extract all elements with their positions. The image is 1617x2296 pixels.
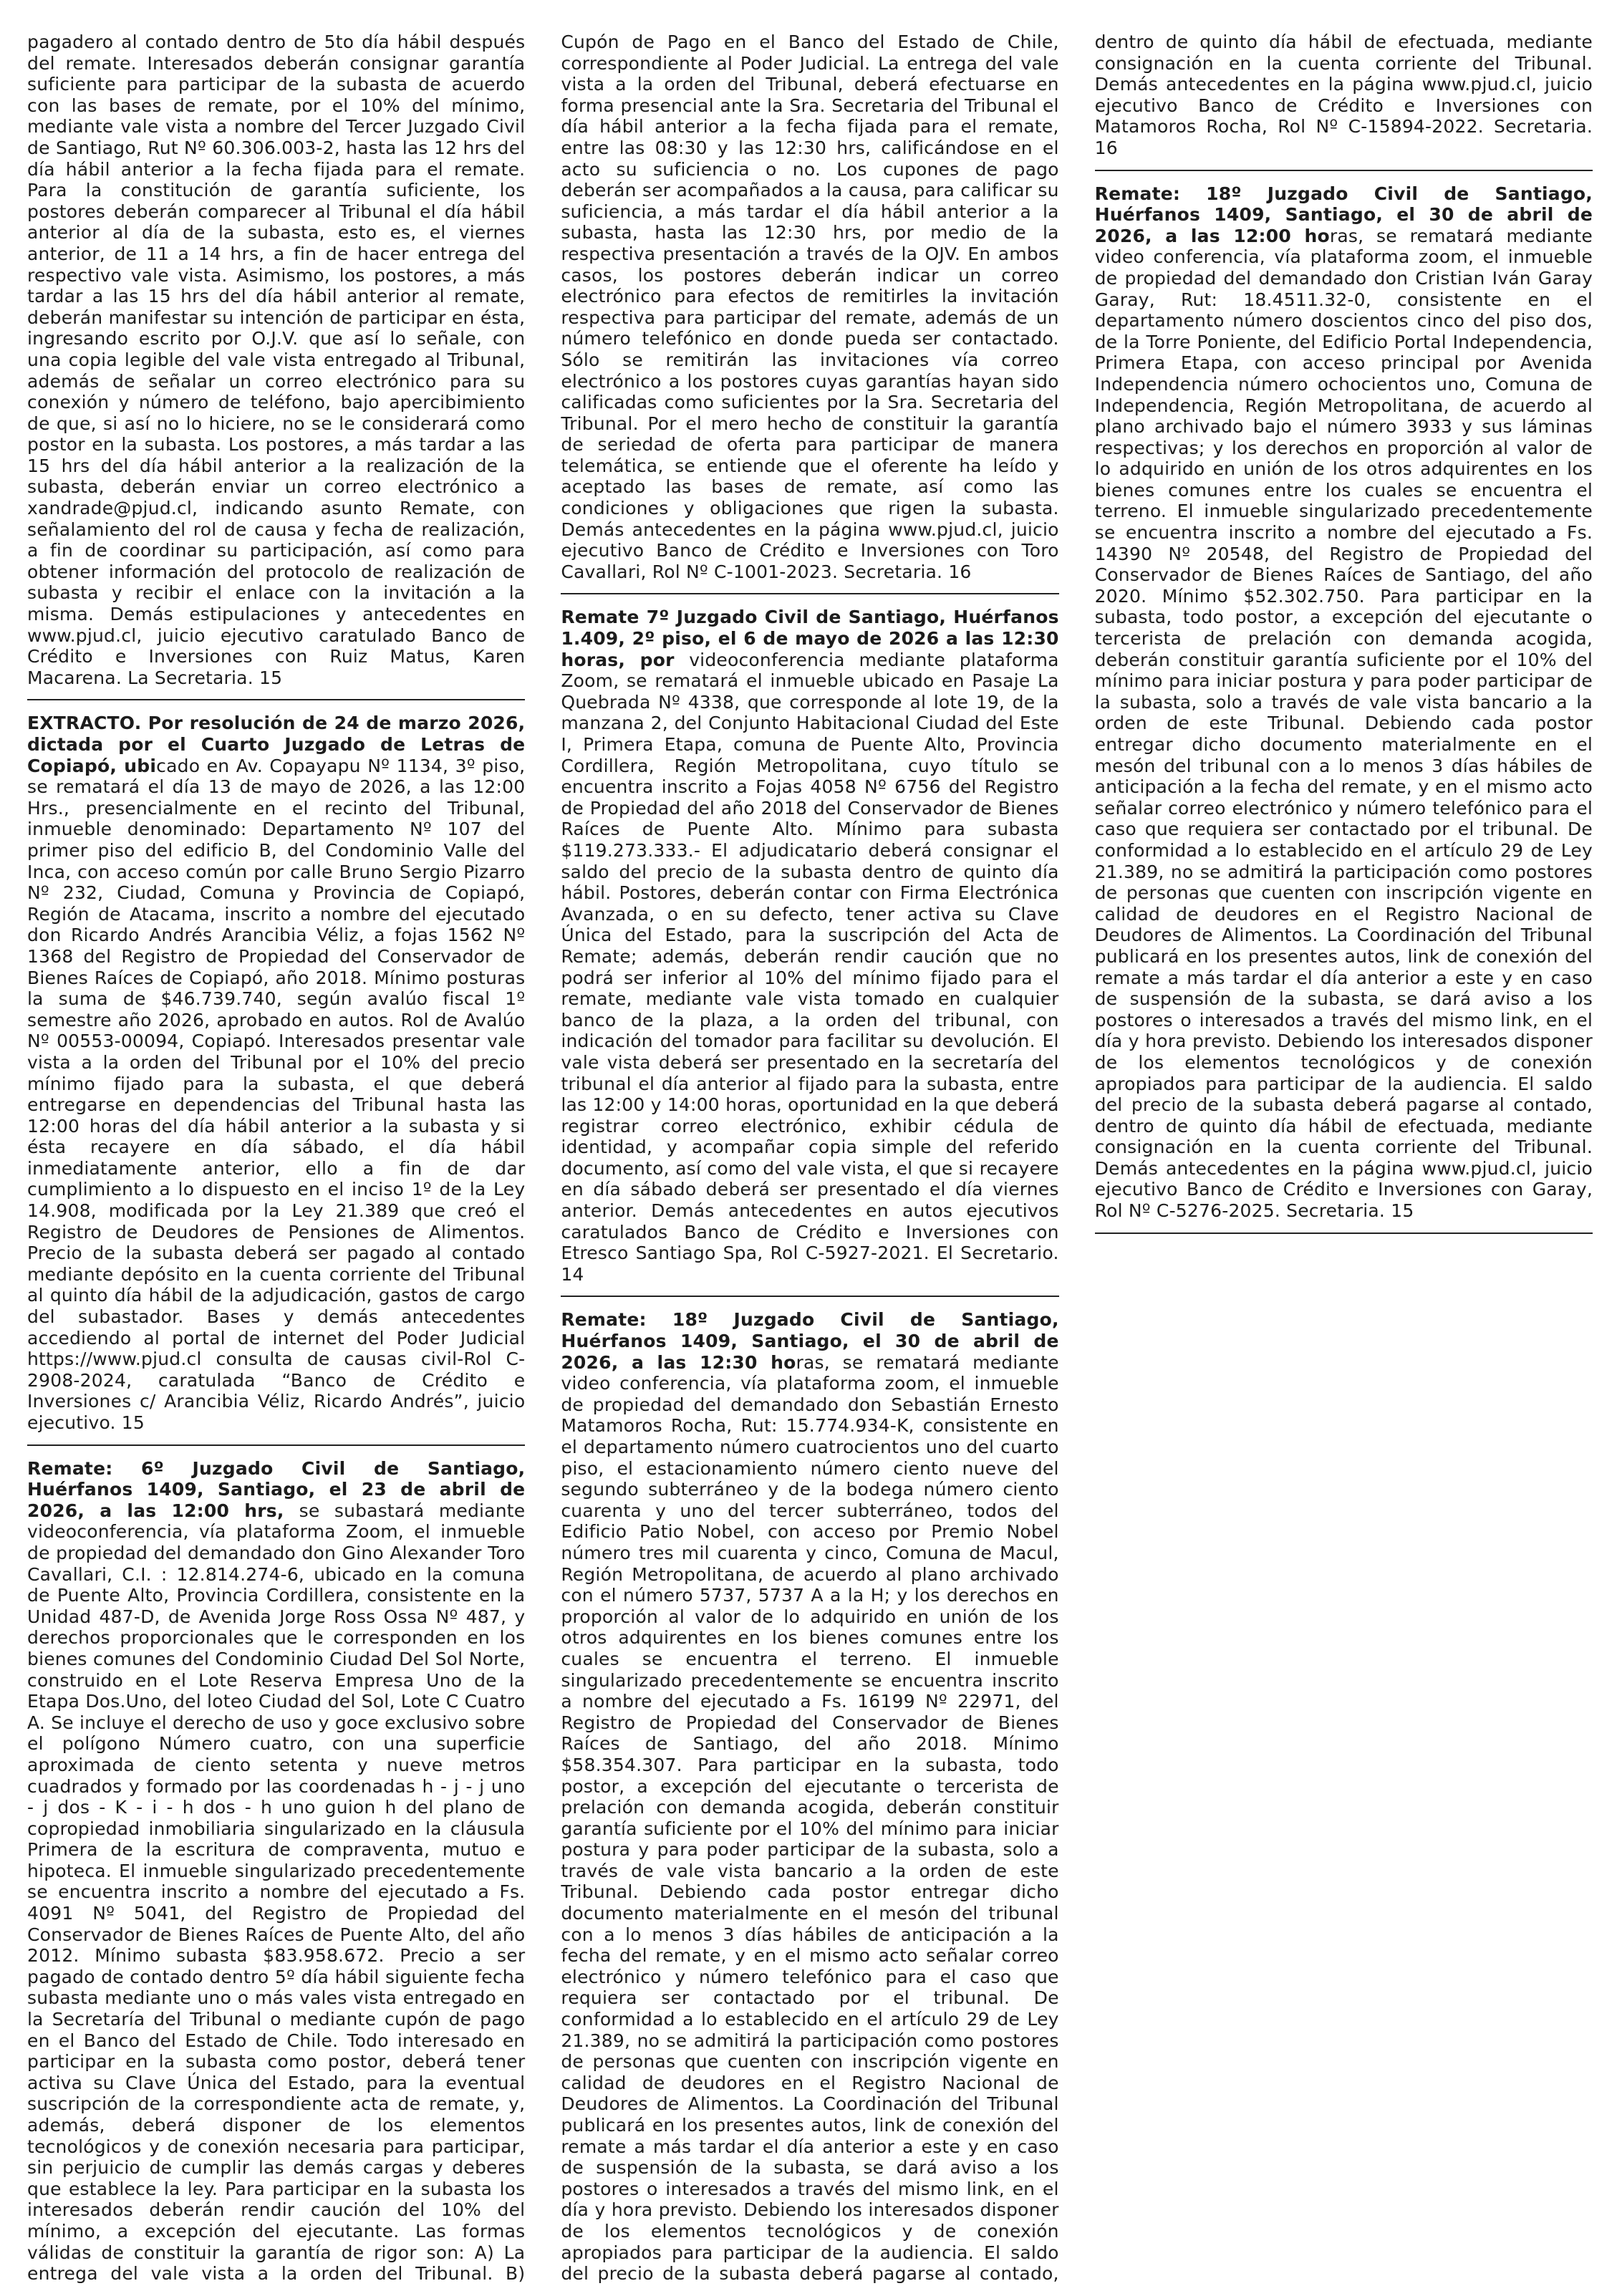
section-divider <box>561 593 1058 594</box>
newspaper-legal-notices-page: pagadero al contado dentro de 5to día há… <box>0 0 1617 2296</box>
notice-remate-18-juzgado-garay-garay: Remate: 18º Juzgado Civil de Santiago, H… <box>1095 183 1593 1222</box>
notice-paragraph: pagadero al contado dentro de 5to día há… <box>27 32 525 688</box>
notice-paragraph: Remate 7º Juzgado Civil de Santiago, Hué… <box>561 607 1058 1285</box>
notice-paragraph: EXTRACTO. Por resolución de 24 de marzo … <box>27 713 525 1433</box>
notice-body: pagadero al contado dentro de 5to día há… <box>27 32 525 688</box>
section-divider <box>1095 170 1593 171</box>
notice-extracto-cuarto-juzgado-copiapo: EXTRACTO. Por resolución de 24 de marzo … <box>27 713 525 1433</box>
section-divider <box>27 1444 525 1446</box>
notice-remate-7-juzgado-civil-santiago: Remate 7º Juzgado Civil de Santiago, Hué… <box>561 607 1058 1285</box>
notice-body: ras, se rematará mediante video conferen… <box>1095 226 1593 1221</box>
notice-paragraph: Remate: 18º Juzgado Civil de Santiago, H… <box>1095 183 1593 1222</box>
notice-body: videoconferencia mediante plataforma Zoo… <box>561 650 1058 1285</box>
section-divider <box>1095 1233 1593 1234</box>
notice-body: cado en Av. Copayapu Nº 1134, 3º piso, s… <box>27 756 525 1433</box>
section-divider <box>561 1296 1058 1297</box>
section-divider <box>27 699 525 700</box>
notices-columns: pagadero al contado dentro de 5to día há… <box>27 32 1593 2287</box>
notice-bci-ruiz-matus-continuation: pagadero al contado dentro de 5to día há… <box>27 32 525 688</box>
